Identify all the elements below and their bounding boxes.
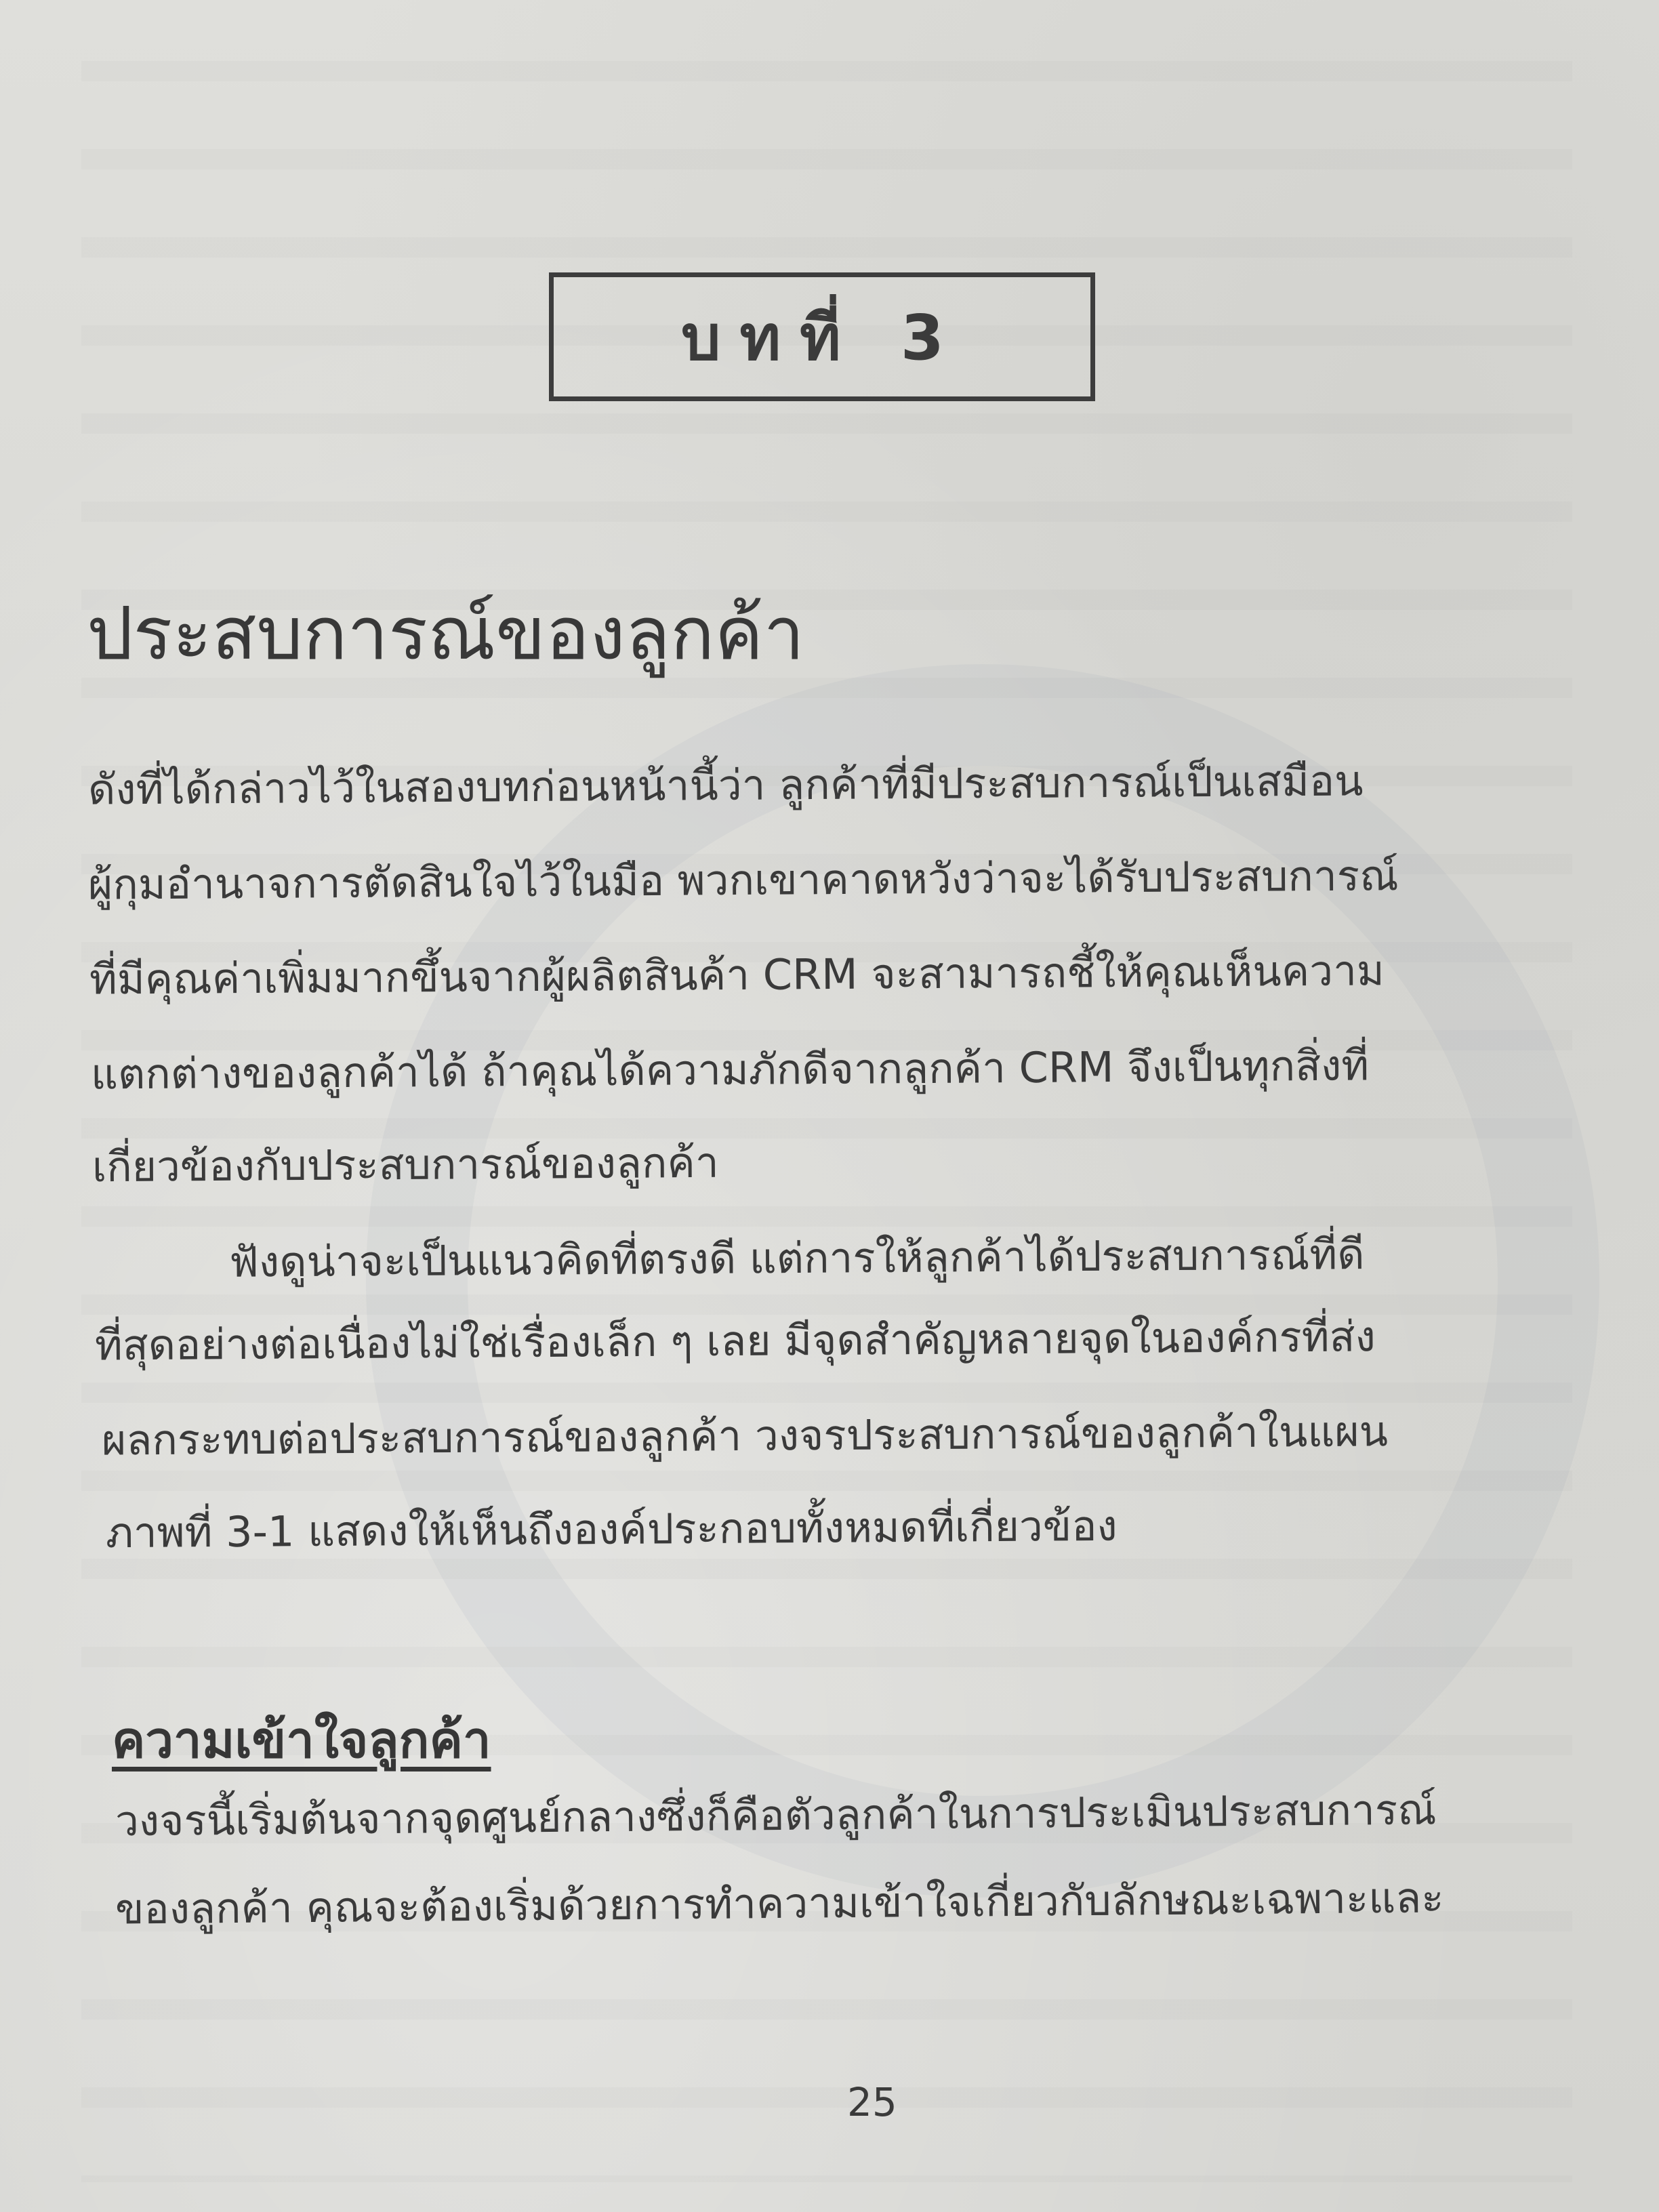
section-line-1: วงจรนี้เริ่มต้นจากจุดศูนย์กลางซึ่งก็คือต… bbox=[115, 1788, 1437, 1842]
page-number: 25 bbox=[847, 2079, 897, 2125]
paragraph-2-line-1: ฟังดูน่าจะเป็นแนวคิดที่ตรงดี แต่การให้ลู… bbox=[229, 1233, 1365, 1284]
paragraph-2-line-2: ที่สุดอย่างต่อเนื่องไม่ใช่เรื่องเล็ก ๆ เ… bbox=[95, 1315, 1376, 1366]
book-page: บทที่ 3 ประสบการณ์ของลูกค้า ดังที่ได้กล่… bbox=[0, 0, 1659, 2212]
chapter-title: ประสบการณ์ของลูกค้า bbox=[87, 575, 804, 691]
paragraph-1-line-2: ผู้กุมอำนาจการตัดสินใจไว้ในมือ พวกเขาคาด… bbox=[88, 855, 1399, 905]
paragraph-1-line-5: เกี่ยวข้องกับประสบการณ์ของลูกค้า bbox=[92, 1142, 719, 1188]
paragraph-1-line-3: ที่มีคุณค่าเพิ่มมากขึ้นจากผู้ผลิตสินค้า … bbox=[89, 949, 1385, 1000]
paragraph-2-line-4: ภาพที่ 3-1 แสดงให้เห็นถึงองค์ประกอบทั้งห… bbox=[106, 1505, 1118, 1554]
paragraph-1-line-4: แตกต่างของลูกค้าได้ ถ้าคุณได้ความภักดีจา… bbox=[91, 1044, 1370, 1095]
paragraph-1-line-1: ดังที่ได้กล่าวไว้ในสองบทก่อนหน้านี้ว่า ล… bbox=[88, 760, 1364, 811]
chapter-label: บทที่ 3 bbox=[681, 287, 963, 387]
chapter-box: บทที่ 3 bbox=[549, 272, 1095, 401]
section-heading: ความเข้าใจลูกค้า bbox=[112, 1700, 491, 1780]
section-line-2: ของลูกค้า คุณจะต้องเริ่มด้วยการทำความเข้… bbox=[115, 1877, 1444, 1930]
paragraph-2-line-3: ผลกระทบต่อประสบการณ์ของลูกค้า วงจรประสบก… bbox=[102, 1410, 1388, 1461]
